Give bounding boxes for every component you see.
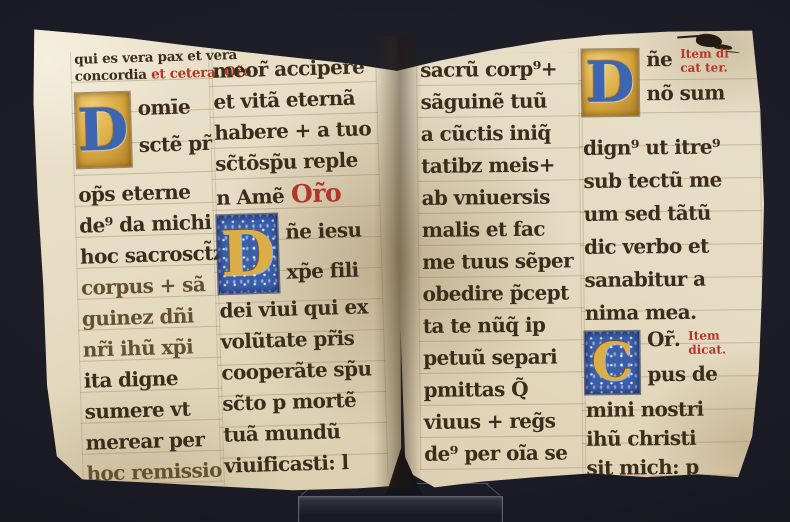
text-line: op̃s eterne [78, 176, 213, 211]
text-column-right-2: D ñe Item di cat ter. nõ sum dign⁹ ut … [578, 46, 765, 483]
illuminated-initial-row: D ñe Item di cat ter. nõ sum [582, 46, 757, 118]
text-line: nima mea. [585, 295, 759, 330]
text-line: pmittas Q̃ [423, 372, 581, 406]
text-line: sanabitur a [584, 262, 758, 297]
text-line: viuificasti: l [224, 446, 385, 482]
rubric-line: concordia et cetera. Or̃o [75, 65, 209, 86]
text-line: guinez dñi [81, 300, 216, 335]
text-line: me tuus sẽper [422, 244, 580, 278]
illuminated-initial-c-gold-on-blue: C [585, 331, 640, 394]
text-line: hoc remissio [86, 455, 221, 490]
text-line: ita digne [83, 362, 218, 397]
illuminated-initial-row: C Or̃. Item dicat. pus de [585, 328, 760, 396]
amen-text: n Amẽ [216, 184, 285, 210]
text-line: mini nostri [586, 394, 760, 425]
text-line: hoc sacrosct̃z [80, 238, 215, 273]
rubric-text: dicat. [688, 342, 726, 356]
text-line: dic verbo et [584, 229, 758, 264]
text-line: malis et fac [422, 212, 580, 246]
text-line: sãguinẽ tuũ [420, 84, 578, 118]
text-line: merear per [85, 424, 220, 459]
text-line: sc̃to p mortẽ [222, 384, 383, 420]
acrylic-stand-front-face [298, 496, 503, 522]
text-line: pus de [647, 356, 726, 391]
text-line: ñe [646, 47, 672, 71]
text-line: et vitã eternã [213, 82, 374, 118]
text-line: ab vniuersis [421, 180, 579, 214]
text-line: sctẽ pr̃ [138, 125, 212, 164]
rubric-text: Item [688, 328, 726, 342]
text-line: de⁹ da michi [79, 207, 214, 242]
text-line: nr̃i ihũ xp̃i [82, 331, 217, 366]
text-line: xp̃e fili [286, 250, 363, 292]
text-line: ihũ christi [586, 423, 760, 454]
text-beside-initial: ñe Item di cat ter. nõ sum [646, 46, 729, 111]
illuminated-initial-d-gold-on-blue: D [217, 214, 279, 294]
text-line: petuũ separi [423, 340, 581, 374]
text-line: viuus + reg̃s [424, 404, 582, 438]
text-line: volũtate pr̃is [220, 322, 381, 358]
text-beside-initial: Or̃. Item dicat. pus de [647, 328, 727, 391]
initial-line-with-rubric: Or̃. Item dicat. [647, 328, 726, 357]
rubric-text: concordia [75, 67, 147, 85]
text-line: tuã mundũ [223, 415, 384, 451]
illuminated-initial-row: D omīe sctẽ pr̃ [75, 88, 211, 170]
text-line: sumere vt [84, 393, 219, 428]
text-line: corpus + sã [81, 269, 216, 304]
text-column-left-2: meor̃ accipere et vitã eternã habere +… [208, 51, 389, 482]
text-line: ñe iesu [285, 210, 362, 252]
manuscript-page-left: qui es vera pax et vera concordia et cet… [26, 22, 402, 494]
column-body: mini nostri ihũ christi sit mich: p [586, 394, 761, 483]
text-line: dei viui qui ex [219, 291, 380, 327]
manuscript-page-right: sacrũ corp⁹+ sãguinẽ tuũ a cũctis i… [396, 26, 764, 492]
column-body: dign⁹ ut itre⁹ sub tectũ me um sed tãt… [583, 130, 759, 330]
text-line: Or̃. [647, 329, 680, 349]
text-line: omīe [137, 88, 211, 127]
rubric-block: Item di cat ter. [680, 46, 729, 75]
text-line: cooperãte sp̃u [221, 353, 382, 389]
photo-stage: qui es vera pax et vera concordia et cet… [0, 0, 790, 522]
text-column-left-1: qui es vera pax et vera concordia et cet… [70, 48, 225, 490]
text-line: meor̃ accipere [212, 51, 373, 87]
illuminated-initial-row: D ñe iesu xp̃e fili [217, 209, 379, 296]
text-line: sacrũ corp⁹+ [420, 52, 578, 86]
text-beside-initial: ñe iesu xp̃e fili [285, 210, 363, 292]
initial-letter: D [586, 57, 635, 108]
initial-letter: D [220, 225, 275, 282]
text-line: dign⁹ ut itre⁹ [583, 130, 757, 165]
oratio-rubric: Or̃o [291, 178, 342, 208]
text-line: ta te nũq̃ ip [423, 308, 581, 342]
text-line: n AmẽOr̃o [216, 175, 377, 214]
text-line: habere + a tuo [214, 113, 375, 149]
text-line: de⁹ per oĩa se [424, 436, 582, 470]
text-line: tatibz meis+ [421, 148, 579, 182]
text-line: um sed tãtũ [584, 196, 758, 231]
text-line: sub tectũ me [583, 163, 757, 198]
rubric-text: Item di [680, 46, 729, 61]
rubric-text: cat ter. [680, 60, 729, 75]
text-beside-initial: omīe sctẽ pr̃ [137, 88, 212, 164]
text-line: sc̃tõsp̃u reple [215, 144, 376, 180]
initial-letter: C [591, 339, 633, 386]
initial-line-with-rubric: ñe Item di cat ter. [646, 46, 729, 75]
text-line: a cũctis iniq̃ [421, 116, 579, 150]
rubric-block: Item dicat. [688, 328, 726, 356]
illuminated-initial-d-blue-on-gold: D [582, 49, 639, 116]
column-body: dei viui qui ex volũtate pr̃is cooperã… [219, 291, 384, 482]
acrylic-stand-right-corner-edge [486, 483, 500, 495]
column-body: op̃s eterne de⁹ da michi hoc sacrosct̃z … [78, 176, 221, 490]
text-column-right-1: sacrũ corp⁹+ sãguinẽ tuũ a cũctis i… [416, 52, 586, 470]
text-line: nõ sum [646, 74, 729, 111]
text-line: obedire p̃cept [422, 276, 580, 310]
illuminated-initial-d-blue-on-gold: D [75, 92, 131, 168]
initial-letter: D [77, 103, 129, 157]
text-line: sit mich: p [586, 452, 760, 483]
